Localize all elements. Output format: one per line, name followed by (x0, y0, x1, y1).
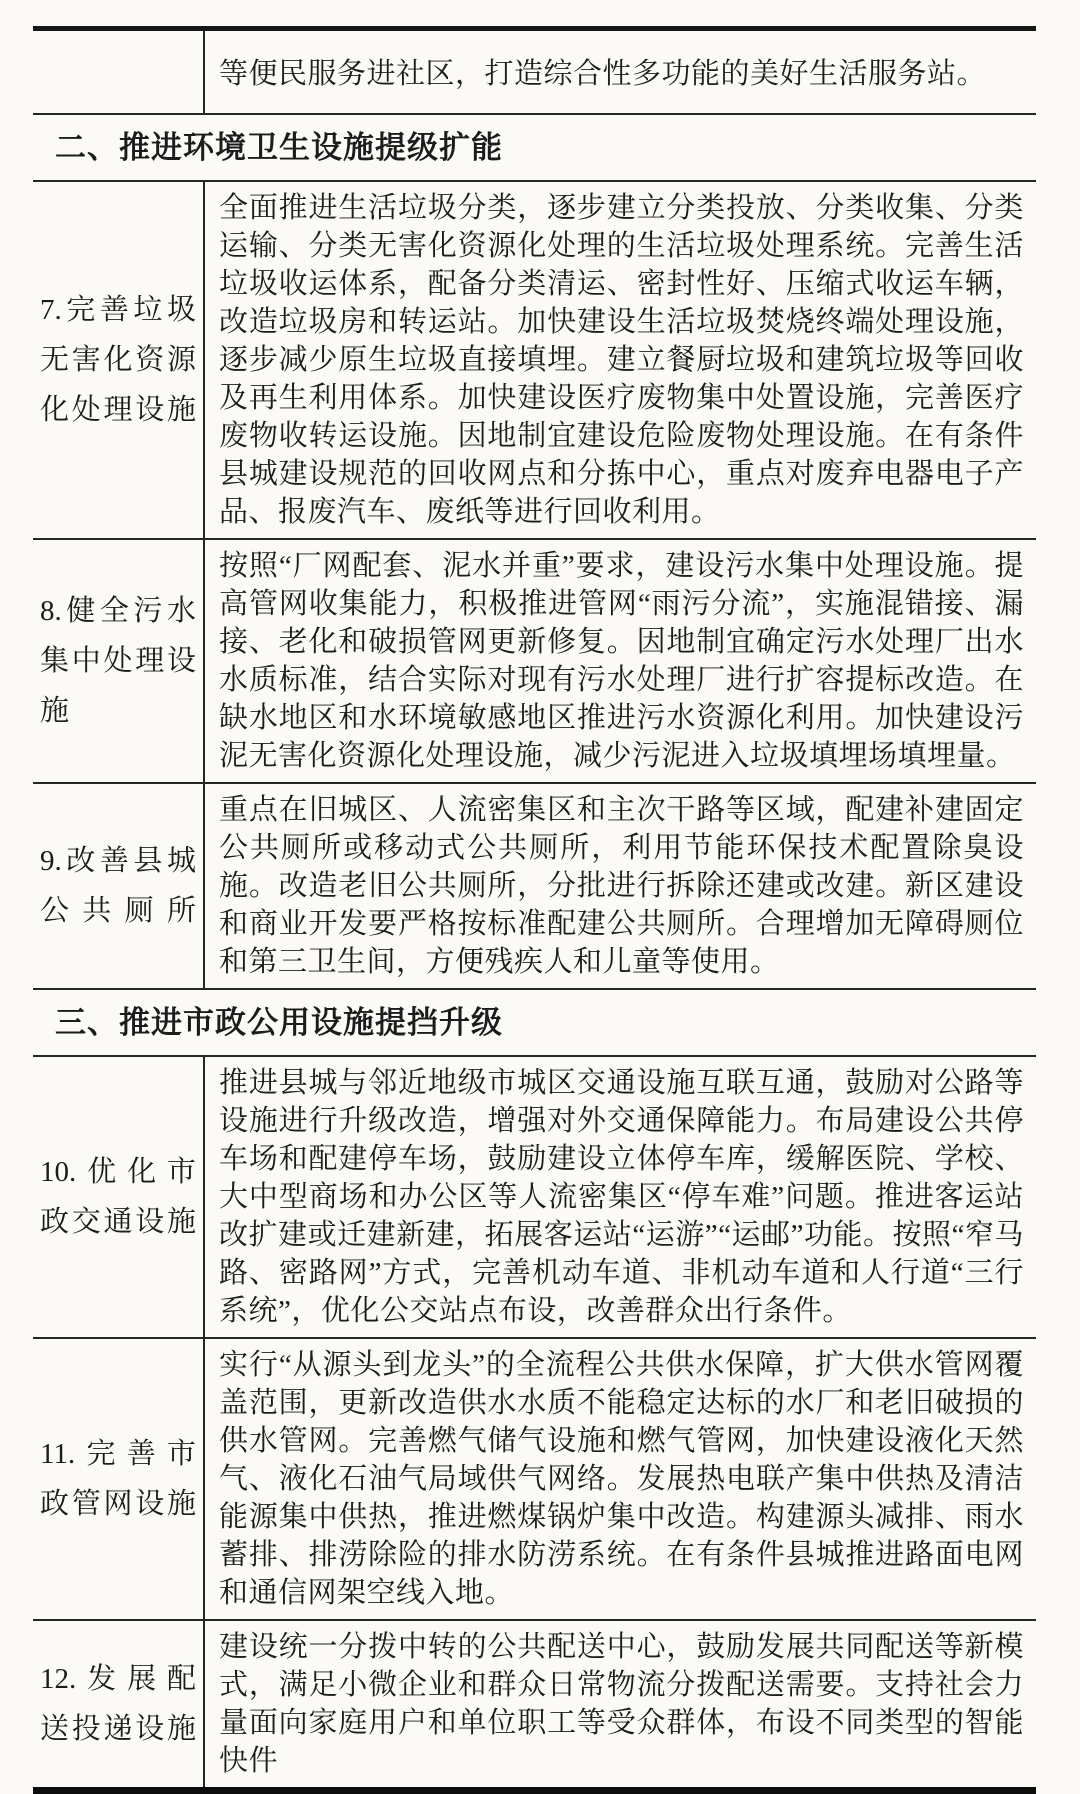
document-page: 等便民服务进社区，打造综合性多功能的美好生活服务站。 二、推进环境卫生设施提级扩… (0, 0, 1080, 1794)
policy-table: 等便民服务进社区，打造综合性多功能的美好生活服务站。 二、推进环境卫生设施提级扩… (33, 26, 1036, 1794)
item-text: 按照“厂网配套、泥水并重”要求，建设污水集中处理设施。提高管网收集能力，积极推进… (205, 540, 1036, 782)
item-label: 7.完善垃圾 无害化资源 化处理设施 (40, 285, 196, 435)
section-header-2: 二、推进环境卫生设施提级扩能 (33, 115, 1036, 182)
item-text: 全面推进生活垃圾分类，逐步建立分类投放、分类收集、分类运输、分类无害化资源化处理… (205, 182, 1036, 538)
item-label-cell: 8.健全污水 集中处理设 施 (33, 540, 205, 782)
table-row-continuation: 等便民服务进社区，打造综合性多功能的美好生活服务站。 (33, 31, 1036, 115)
item-label: 9.改善县城 公共厕所 (40, 836, 196, 936)
item-text: 推进县城与邻近地级市城区交通设施互联互通，鼓励对公路等设施进行升级改造，增强对外… (205, 1057, 1036, 1337)
item-text: 重点在旧城区、人流密集区和主次干路等区域，配建补建固定公共厕所或移动式公共厕所，… (205, 784, 1036, 988)
item-label-cell: 10.优化市 政交通设施 (33, 1057, 205, 1337)
item-text: 实行“从源头到龙头”的全流程公共供水保障，扩大供水管网覆盖范围，更新改造供水水质… (205, 1339, 1036, 1619)
item-label: 8.健全污水 集中处理设 施 (40, 586, 196, 736)
table-row-item-12: 12.发展配 送投递设施 建设统一分拨中转的公共配送中心，鼓励发展共同配送等新模… (33, 1621, 1036, 1787)
item-text: 等便民服务进社区，打造综合性多功能的美好生活服务站。 (205, 31, 1036, 113)
table-row-item-11: 11.完善市 政管网设施 实行“从源头到龙头”的全流程公共供水保障，扩大供水管网… (33, 1339, 1036, 1621)
table-row-item-10: 10.优化市 政交通设施 推进县城与邻近地级市城区交通设施互联互通，鼓励对公路等… (33, 1057, 1036, 1339)
table-row-item-9: 9.改善县城 公共厕所 重点在旧城区、人流密集区和主次干路等区域，配建补建固定公… (33, 784, 1036, 990)
table-row-item-8: 8.健全污水 集中处理设 施 按照“厂网配套、泥水并重”要求，建设污水集中处理设… (33, 540, 1036, 784)
table-row-item-7: 7.完善垃圾 无害化资源 化处理设施 全面推进生活垃圾分类，逐步建立分类投放、分… (33, 182, 1036, 540)
item-label: 10.优化市 政交通设施 (40, 1147, 196, 1247)
item-label-cell-empty (33, 31, 205, 113)
item-label-cell: 7.完善垃圾 无害化资源 化处理设施 (33, 182, 205, 538)
item-label-cell: 11.完善市 政管网设施 (33, 1339, 205, 1619)
item-text: 建设统一分拨中转的公共配送中心，鼓励发展共同配送等新模式，满足小微企业和群众日常… (205, 1621, 1036, 1787)
item-label: 11.完善市 政管网设施 (40, 1429, 196, 1529)
item-label-cell: 9.改善县城 公共厕所 (33, 784, 205, 988)
section-header-3: 三、推进市政公用设施提挡升级 (33, 990, 1036, 1057)
item-label: 12.发展配 送投递设施 (40, 1654, 196, 1754)
item-label-cell: 12.发展配 送投递设施 (33, 1621, 205, 1787)
